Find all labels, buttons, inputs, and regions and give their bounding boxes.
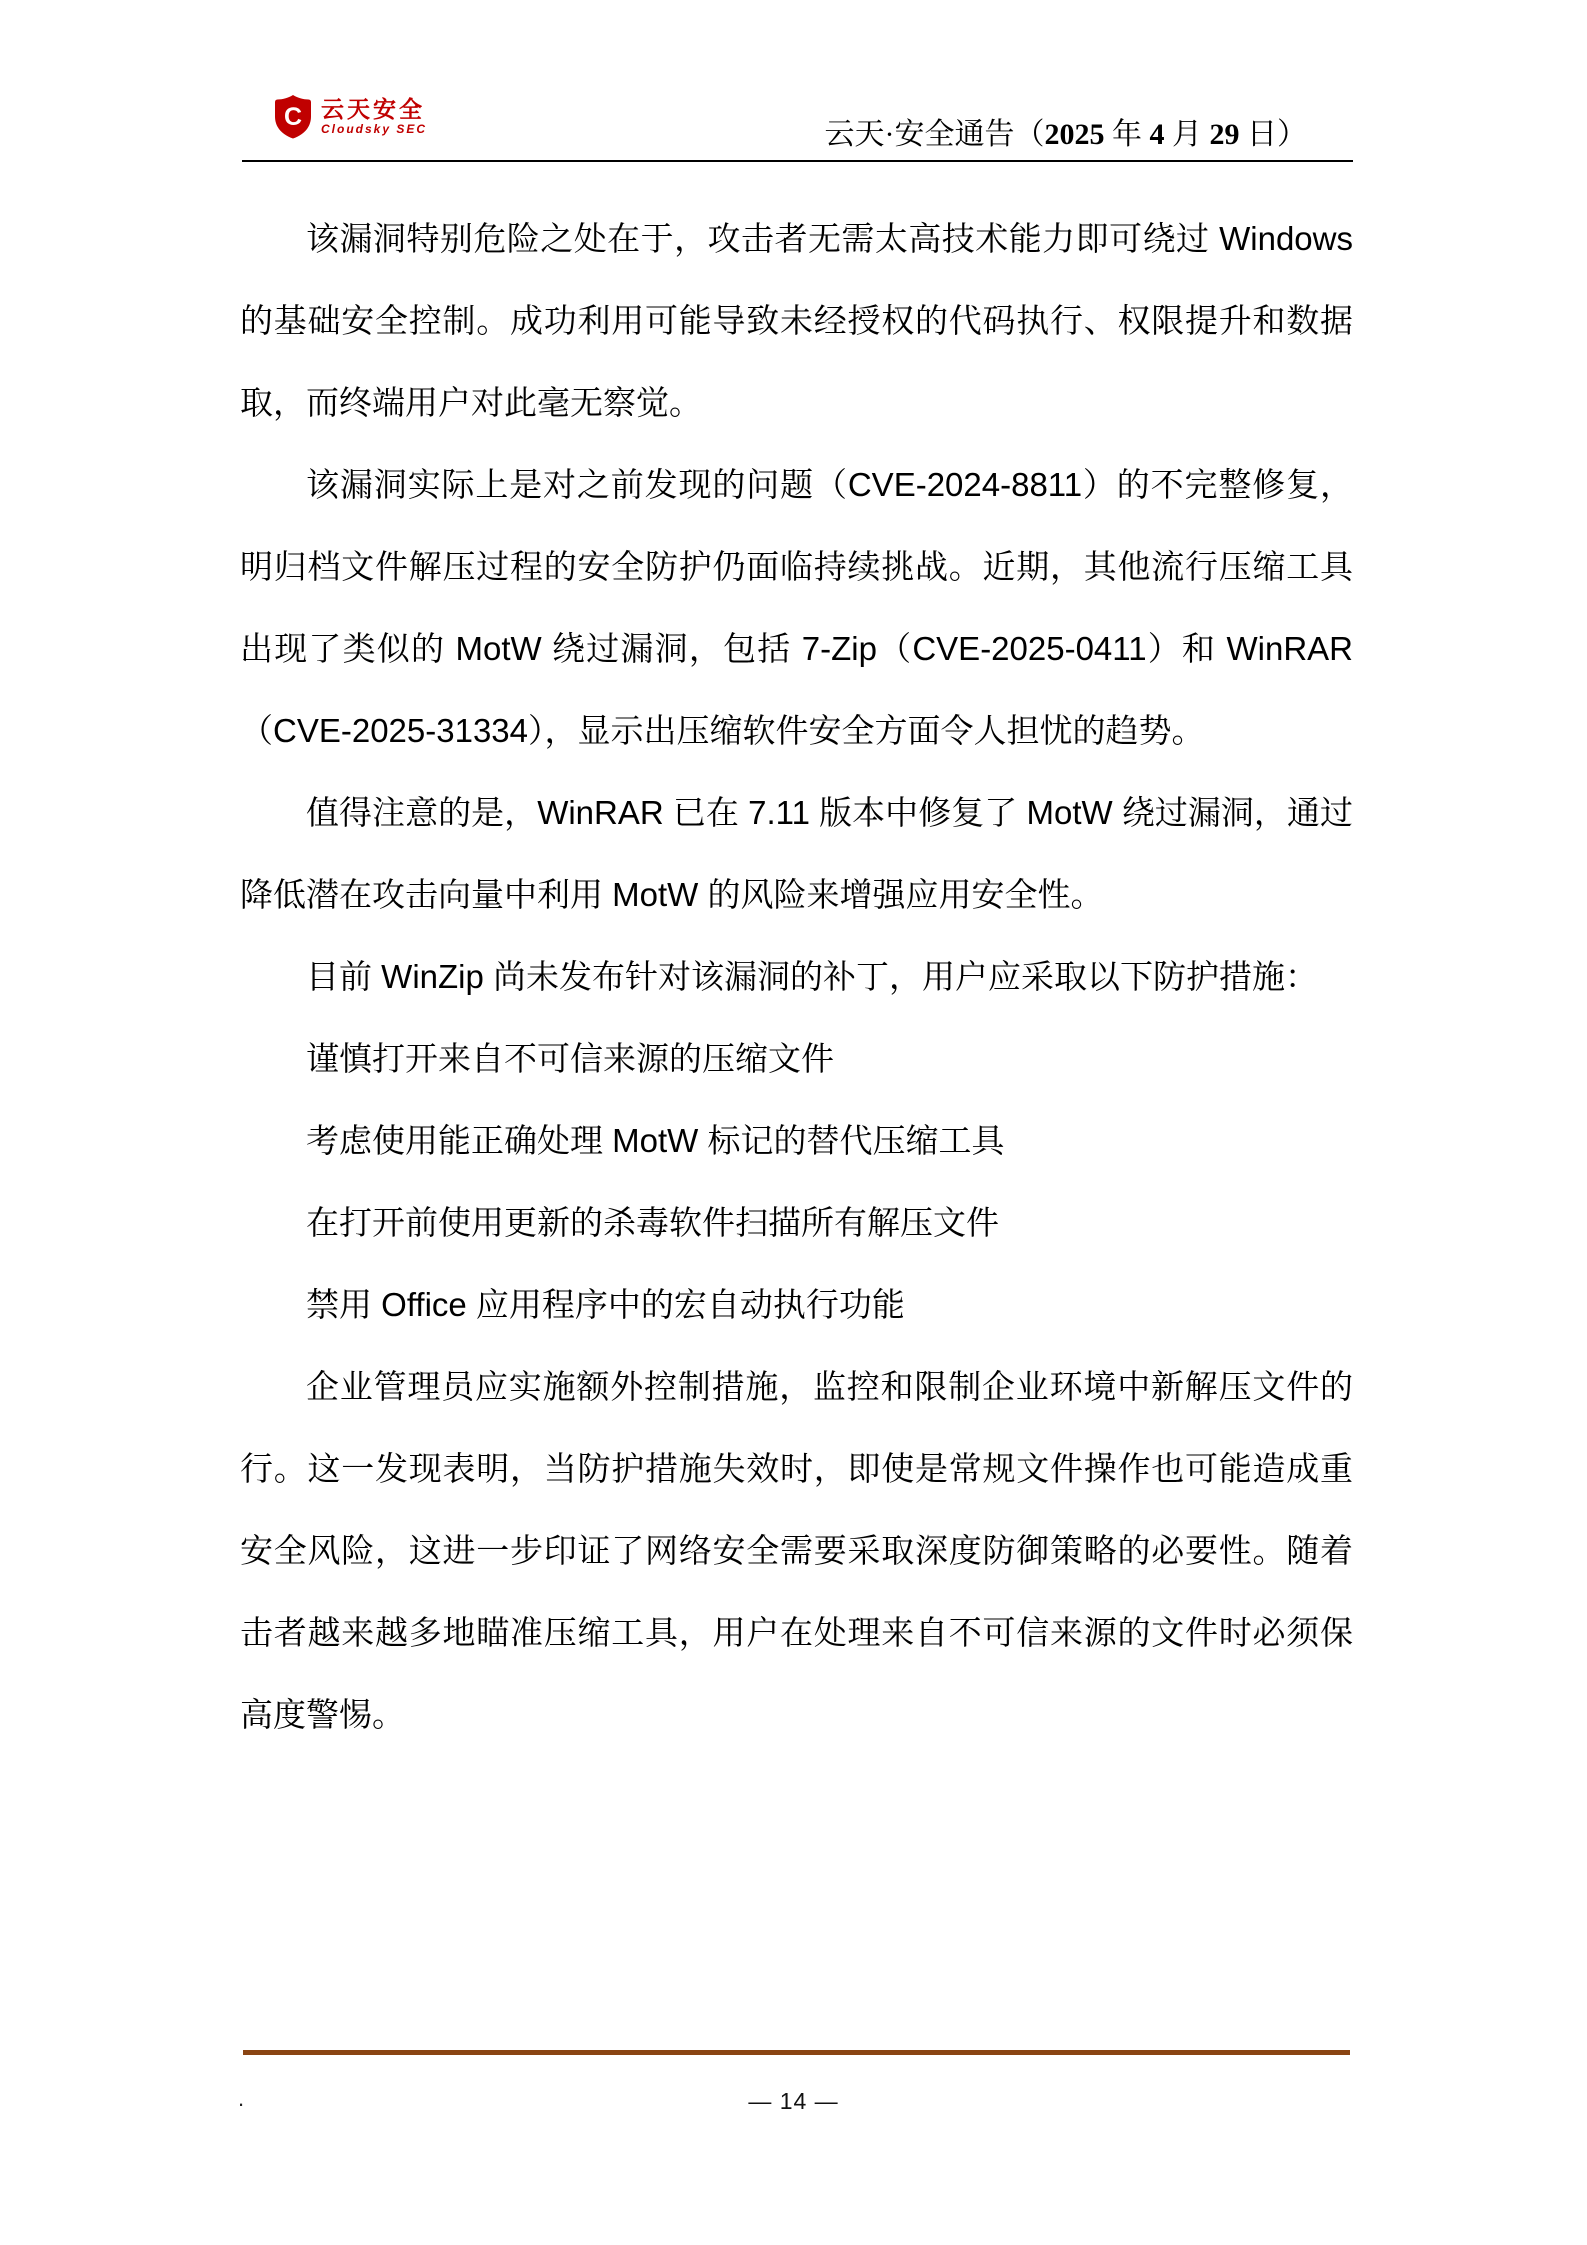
header-title-segment: 月	[1165, 118, 1210, 151]
body-line: 行。这一发现表明，当防护措施失效时，即使是常规文件操作也可能造成重大	[240, 1428, 1353, 1510]
body-paragraph: 谨慎打开来自不可信来源的压缩文件	[240, 1018, 1353, 1100]
body-line: 考虑使用能正确处理 MotW 标记的替代压缩工具	[240, 1100, 1353, 1182]
document-page: C 云天安全 Cloudsky SEC 云天·安全通告（2025 年 4 月 2…	[0, 0, 1587, 2245]
body-line: 在打开前使用更新的杀毒软件扫描所有解压文件	[240, 1182, 1353, 1264]
body-line: 高度警惕。	[240, 1674, 1353, 1756]
brand-logo: C 云天安全 Cloudsky SEC	[274, 94, 427, 140]
body-paragraph: 该漏洞实际上是对之前发现的问题（CVE-2024-8811）的不完整修复，表明归…	[240, 444, 1353, 772]
body-paragraph: 目前 WinZip 尚未发布针对该漏洞的补丁，用户应采取以下防护措施：	[240, 936, 1353, 1018]
body-paragraph: 值得注意的是，WinRAR 已在 7.11 版本中修复了 MotW 绕过漏洞，通…	[240, 772, 1353, 936]
brand-text: 云天安全 Cloudsky SEC	[321, 94, 427, 136]
body-line: 的基础安全控制。成功利用可能导致未经授权的代码执行、权限提升和数据窃	[240, 280, 1353, 362]
header-title: 云天·安全通告（2025 年 4 月 29 日）	[825, 117, 1308, 153]
body-line: 安全风险，这进一步印证了网络安全需要采取深度防御策略的必要性。随着攻	[240, 1510, 1353, 1592]
footer-rule	[243, 2050, 1350, 2055]
body-line: 降低潜在攻击向量中利用 MotW 的风险来增强应用安全性。	[240, 854, 1353, 936]
body-line: 目前 WinZip 尚未发布针对该漏洞的补丁，用户应采取以下防护措施：	[240, 936, 1353, 1018]
body-line: 禁用 Office 应用程序中的宏自动执行功能	[240, 1264, 1353, 1346]
body-paragraph: 在打开前使用更新的杀毒软件扫描所有解压文件	[240, 1182, 1353, 1264]
body-line: 明归档文件解压过程的安全防护仍面临持续挑战。近期，其他流行压缩工具也	[240, 526, 1353, 608]
body-line: 谨慎打开来自不可信来源的压缩文件	[240, 1018, 1353, 1100]
body-line: 值得注意的是，WinRAR 已在 7.11 版本中修复了 MotW 绕过漏洞，通…	[240, 772, 1353, 854]
page-number: — 14 —	[0, 2086, 1587, 2116]
brand-name-cn: 云天安全	[321, 97, 427, 121]
brand-name-en: Cloudsky SEC	[321, 122, 427, 136]
body-paragraph: 考虑使用能正确处理 MotW 标记的替代压缩工具	[240, 1100, 1353, 1182]
header-title-segment: 29	[1210, 118, 1240, 151]
header-title-segment: 4	[1150, 118, 1165, 151]
header-title-segment: 云天·安全通告（	[825, 118, 1045, 151]
document-body: 该漏洞特别危险之处在于，攻击者无需太高技术能力即可绕过 Windows的基础安全…	[240, 162, 1353, 1756]
shield-c-icon: C	[274, 94, 312, 140]
body-line: 企业管理员应实施额外控制措施，监控和限制企业环境中新解压文件的执	[240, 1346, 1353, 1428]
header-title-segment: 日）	[1240, 118, 1308, 151]
body-line: 该漏洞特别危险之处在于，攻击者无需太高技术能力即可绕过 Windows	[240, 198, 1353, 280]
shield-letter: C	[284, 103, 302, 131]
body-paragraph: 企业管理员应实施额外控制措施，监控和限制企业环境中新解压文件的执行。这一发现表明…	[240, 1346, 1353, 1756]
body-line: 取，而终端用户对此毫无察觉。	[240, 362, 1353, 444]
header-title-segment: 年	[1105, 118, 1150, 151]
body-paragraph: 禁用 Office 应用程序中的宏自动执行功能	[240, 1264, 1353, 1346]
body-line: （CVE-2025-31334），显示出压缩软件安全方面令人担忧的趋势。	[240, 690, 1353, 772]
body-paragraph: 该漏洞特别危险之处在于，攻击者无需太高技术能力即可绕过 Windows的基础安全…	[240, 198, 1353, 444]
header-title-segment: 2025	[1045, 118, 1105, 151]
body-line: 出现了类似的 MotW 绕过漏洞，包括 7-Zip（CVE-2025-0411）…	[240, 608, 1353, 690]
body-line: 该漏洞实际上是对之前发现的问题（CVE-2024-8811）的不完整修复，表	[240, 444, 1353, 526]
body-line: 击者越来越多地瞄准压缩工具，用户在处理来自不可信来源的文件时必须保持	[240, 1592, 1353, 1674]
